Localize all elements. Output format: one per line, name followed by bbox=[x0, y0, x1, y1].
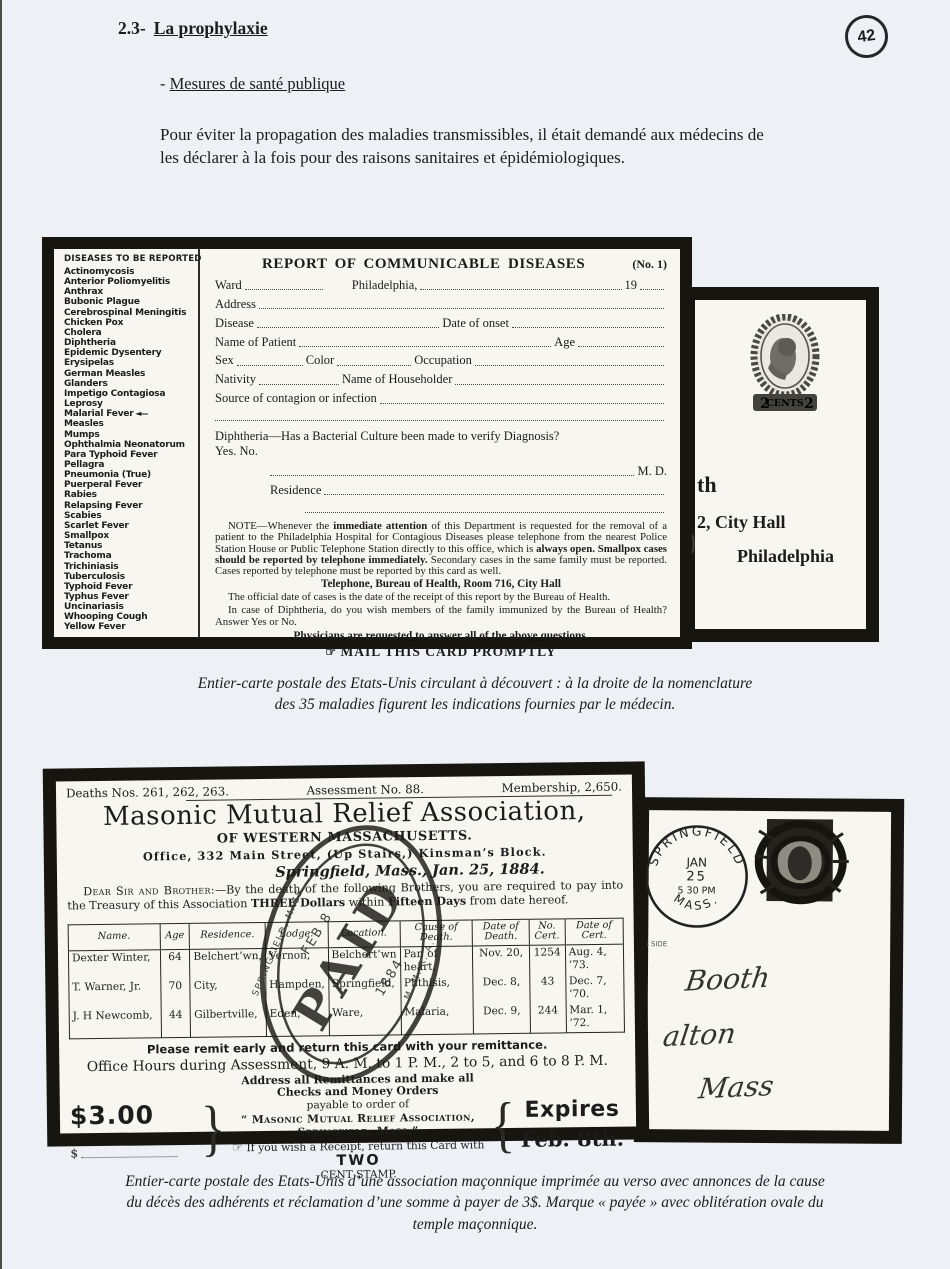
form-number: (No. 1) bbox=[632, 257, 667, 272]
partial-line-philadelphia: Philadelphia bbox=[737, 546, 834, 567]
table-cell: 43 bbox=[530, 974, 566, 1003]
field-ward: Ward Philadelphia, 19 bbox=[215, 278, 667, 292]
residence-line: Residence bbox=[270, 483, 667, 497]
disease-item: Trichiniasis bbox=[64, 562, 194, 572]
disease-item: Leprosy bbox=[64, 399, 194, 409]
field-disease: Disease Date of onset bbox=[215, 316, 667, 330]
disease-item: Trachoma bbox=[64, 551, 194, 561]
disease-item: Typhoid Fever bbox=[64, 582, 194, 592]
disease-item: Ophthalmia Neonatorum bbox=[64, 440, 194, 450]
table-header: No. Cert. bbox=[529, 919, 565, 945]
disease-item: Anthrax bbox=[64, 287, 194, 297]
disease-item: German Measles bbox=[64, 369, 194, 379]
table-cell: 1254 bbox=[529, 945, 565, 975]
table-cell: 44 bbox=[161, 1008, 191, 1038]
section-number: 2.3- bbox=[118, 18, 146, 38]
receipt-line: ☞ If you wish a Receipt, return this Car… bbox=[228, 1137, 489, 1170]
svg-text:M. M. R. A.: M. M. R. A. bbox=[403, 939, 437, 1002]
svg-text:25: 25 bbox=[686, 869, 707, 884]
text-segment: NOTE—Whenever the bbox=[228, 520, 333, 532]
disease-item: Scabies bbox=[64, 511, 194, 521]
table-cell: Mar. 1, ’72. bbox=[566, 1002, 625, 1032]
exhibit-page: { "colors":{"page_bg":"#edf0f5","photo_f… bbox=[0, 0, 950, 1269]
disease-item: Para Typhoid Fever bbox=[64, 450, 194, 460]
amount-box: $3.00 Am’t still to your credit, $ bbox=[70, 1100, 199, 1161]
subtitle-dash: - bbox=[160, 74, 170, 93]
scan-edge-line bbox=[0, 0, 2, 1269]
svg-text:CENTS: CENTS bbox=[766, 398, 804, 409]
deaths-numbers: Deaths Nos. 261, 262, 263. bbox=[66, 784, 229, 800]
exhibit-2: SPRINGFIELD MASS. JAN 25 5 30 PM U.S.POS… bbox=[45, 765, 907, 1147]
partial-line-city-hall: 2, City Hall bbox=[697, 512, 786, 533]
disease-item: Anterior Poliomyelitis bbox=[64, 277, 194, 287]
disease-item: Epidemic Dysentery bbox=[64, 348, 194, 358]
disease-item: Tetanus bbox=[64, 541, 194, 551]
postage-stamp-2c: 2 CENTS 2 bbox=[747, 314, 823, 418]
table-cell: 64 bbox=[160, 949, 190, 979]
page-number-badge: 42 bbox=[842, 12, 891, 61]
field-nativity: Nativity Name of Householder bbox=[215, 372, 667, 386]
disease-item: Glanders bbox=[64, 379, 194, 389]
disease-item: Malarial Fever ◄— bbox=[64, 409, 194, 419]
table-cell: Dexter Winter, bbox=[68, 950, 160, 981]
left-brace: } bbox=[201, 1099, 226, 1159]
table-cell: 244 bbox=[530, 1003, 566, 1033]
table-cell: Dec. 9, bbox=[474, 1004, 531, 1034]
disease-item: Uncinariasis bbox=[64, 602, 194, 612]
arrow-icon: ◄— bbox=[134, 409, 148, 418]
table-cell: T. Warner, Jr. bbox=[69, 979, 161, 1009]
text-segment: always open. bbox=[536, 543, 595, 555]
springfield-postmark: SPRINGFIELD MASS. JAN 25 5 30 PM bbox=[638, 818, 755, 935]
svg-text:2: 2 bbox=[804, 396, 814, 412]
disease-item: Bubonic Plague bbox=[64, 297, 194, 307]
partial-line-health: th bbox=[697, 472, 717, 498]
note-paragraph: NOTE—Whenever the immediate attention of… bbox=[215, 521, 667, 577]
diphtheria-question: Diphtheria—Has a Bacterial Culture been … bbox=[215, 429, 667, 459]
mail-line: ☞ MAIL THIS CARD PROMPTLY bbox=[215, 644, 667, 660]
subsection-heading: - Mesures de santé publique bbox=[160, 74, 345, 94]
field-sex: Sex Color Occupation bbox=[215, 353, 667, 367]
disease-item: Actinomycosis bbox=[64, 267, 194, 277]
md-line: M. D. bbox=[215, 464, 667, 478]
disease-item: Tuberculosis bbox=[64, 572, 194, 582]
intro-paragraph: Pour éviter la propagation des maladies … bbox=[160, 123, 920, 169]
text-segment: immediate attention bbox=[333, 520, 427, 532]
table-header: Date of Cert. bbox=[565, 918, 624, 945]
disease-item: Puerperal Fever bbox=[64, 480, 194, 490]
caption-1: Entier-carte postale des Etats-Unis circ… bbox=[40, 673, 910, 716]
form-title: REPORT OF COMMUNICABLE DISEASES bbox=[215, 256, 632, 273]
disease-item: Typhus Fever bbox=[64, 592, 194, 602]
membership-count: Membership, 2,650. bbox=[501, 780, 622, 795]
field-name: Name of Patient Age bbox=[215, 335, 667, 349]
handwritten-line: Booth bbox=[683, 961, 772, 998]
table-cell: J. H Newcomb, bbox=[69, 1008, 161, 1039]
table-cell: Dec. 7, ’70. bbox=[565, 973, 624, 1003]
assessment-number: Assessment No. 88. bbox=[306, 782, 424, 797]
ruled-line bbox=[215, 410, 667, 423]
disease-item: Rabies bbox=[64, 490, 194, 500]
disease-list: ActinomycosisAnterior PoliomyelitisAnthr… bbox=[64, 267, 194, 633]
section-heading: 2.3-La prophylaxie bbox=[118, 18, 268, 39]
mailed-card: SPRINGFIELD MASS. JAN 25 5 30 PM U.S.POS… bbox=[634, 797, 904, 1144]
disease-item: Diphtheria bbox=[64, 338, 194, 348]
amount-due: $3.00 bbox=[70, 1100, 198, 1131]
table-header: Residence. bbox=[190, 922, 266, 949]
disease-item: Scarlet Fever bbox=[64, 521, 194, 531]
disease-item: Impetigo Contagiosa bbox=[64, 389, 194, 399]
disease-item: Cerebrospinal Meningitis bbox=[64, 308, 194, 318]
expires-box: Expires Feb. 8th. bbox=[518, 1097, 627, 1152]
disease-item: Yellow Fever bbox=[64, 622, 194, 632]
field-source: Source of contagion or infection bbox=[215, 391, 667, 405]
table-cell: 70 bbox=[160, 979, 190, 1008]
table-header: Date of Death. bbox=[473, 919, 530, 946]
report-card: DISEASES TO BE REPORTED ActinomycosisAnt… bbox=[42, 237, 692, 649]
table-header: Age bbox=[160, 923, 190, 949]
text-segment: from date hereof. bbox=[466, 893, 568, 907]
svg-text:5 30 PM: 5 30 PM bbox=[677, 885, 715, 896]
pointing-hand-icon: ☞ bbox=[325, 645, 336, 659]
diseases-header: DISEASES TO BE REPORTED bbox=[64, 254, 194, 264]
credit-amount-line: $ bbox=[70, 1145, 180, 1160]
disease-item: Chicken Pox bbox=[64, 318, 194, 328]
page-title: La prophylaxie bbox=[154, 18, 268, 38]
field-address: Address bbox=[215, 297, 667, 311]
disease-item: Pneumonia (True) bbox=[64, 470, 194, 480]
report-form: REPORT OF COMMUNICABLE DISEASES (No. 1) … bbox=[200, 249, 680, 637]
table-cell: Aug. 4, ’73. bbox=[565, 944, 624, 974]
disease-item: Erysipelas bbox=[64, 358, 194, 368]
right-brace: { bbox=[491, 1095, 516, 1155]
official-date-paragraph: The official date of cases is the date o… bbox=[215, 591, 667, 603]
pointing-hand-icon: ☞ bbox=[232, 1140, 243, 1154]
masonic-card: Deaths Nos. 261, 262, 263. Assessment No… bbox=[43, 761, 650, 1146]
page-number: 42 bbox=[856, 26, 876, 46]
disease-item: Whooping Cough bbox=[64, 612, 194, 622]
svg-text:JAN: JAN bbox=[685, 855, 707, 869]
diseases-panel: DISEASES TO BE REPORTED ActinomycosisAnt… bbox=[54, 249, 200, 637]
immunized-paragraph: In case of Diphtheria, do you wish membe… bbox=[215, 604, 667, 628]
payee-line: “ Masonic Mutual Relief Association, Spr… bbox=[228, 1110, 489, 1139]
disease-item: Mumps bbox=[64, 430, 194, 440]
credit-label: Am’t still to your credit, bbox=[70, 1132, 198, 1143]
physicians-line: Physicians are requested to answer all o… bbox=[215, 630, 667, 642]
disease-item: Pellagra bbox=[64, 460, 194, 470]
text-segment: Dear Sir and Brother: bbox=[83, 884, 215, 899]
disease-item: Cholera bbox=[64, 328, 194, 338]
table-header: Name. bbox=[68, 924, 160, 951]
handwritten-line: Mass bbox=[697, 1069, 776, 1105]
disease-item: Relapsing Fever bbox=[64, 501, 194, 511]
disease-item: Measles bbox=[64, 419, 194, 429]
handwritten-line: alton bbox=[661, 1017, 738, 1053]
postage-stamp-dark: U.S.POSTAGE bbox=[746, 811, 857, 924]
telephone-line: Telephone, Bureau of Health, Room 716, C… bbox=[215, 578, 667, 590]
exhibit-1: 2 CENTS 2 ) th 2, City Hall Philadelphia… bbox=[42, 237, 880, 650]
address-card: 2 CENTS 2 ) th 2, City Hall Philadelphia bbox=[682, 287, 879, 642]
table-cell: Nov. 20, bbox=[473, 945, 530, 975]
table-cell: Dec. 8, bbox=[473, 975, 530, 1005]
ruled-line bbox=[215, 502, 667, 515]
disease-item: Smallpox bbox=[64, 531, 194, 541]
